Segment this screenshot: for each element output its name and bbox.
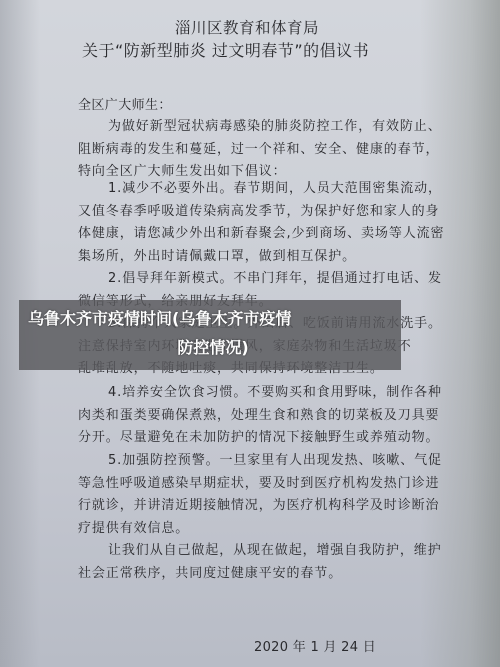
closing-paragraph: 让我们从自己做起，从现在做起，增强自我防护，维护 社会正常秩序，共同度过健康平安… xyxy=(78,540,438,585)
item-line: 疗提供有效信息。 xyxy=(78,518,438,541)
item-line: 2.倡导拜年新模式。不串门拜年，提倡通过打电话、发 xyxy=(78,268,438,291)
item-1-reduce-outings: 1.减少不必要外出。春节期间，人员大范围密集流动， 又值冬春季呼吸道传染病高发季… xyxy=(78,178,438,268)
document-date: 2020 年 1 月 24 日 xyxy=(254,636,376,655)
item-line: 集场所，外出时请佩戴口罩，做到相互保护。 xyxy=(78,246,438,269)
item-5-early-warning: 5.加强防控预警。一旦家里有人出现发热、咳嗽、气促 等急性呼吸道感染早期症状，要… xyxy=(78,450,438,540)
item-line: 5.加强防控预警。一旦家里有人出现发热、咳嗽、气促 xyxy=(78,450,438,473)
intro-paragraph: 为做好新型冠状病毒感染的肺炎防控工作，有效防止、 阻断病毒的发生和蔓延，过一个祥… xyxy=(78,116,438,184)
item-line: 又值冬春季呼吸道传染病高发季节，为保护好您和家人的身 xyxy=(78,201,438,224)
closing-line: 社会正常秩序，共同度过健康平安的春节。 xyxy=(78,563,438,586)
caption-overlay: 乌鲁木齐市疫情时间(乌鲁木齐市疫情 防控情况) xyxy=(28,304,398,362)
intro-line: 为做好新型冠状病毒感染的肺炎防控工作，有效防止、 xyxy=(78,116,438,139)
item-line: 体健康，请您减少外出和新春聚会,少到商场、卖场等人流密 xyxy=(78,223,438,246)
item-line: 1.减少不必要外出。春节期间，人员大范围密集流动， xyxy=(78,178,438,201)
salutation: 全区广大师生： xyxy=(78,94,172,113)
item-4-food-safety: 4.培养安全饮食习惯。不要购买和食用野味，制作各种 肉类和蛋类要确保煮熟，处理生… xyxy=(78,382,438,450)
intro-line: 阻断病毒的发生和蔓延，过一个祥和、安全、健康的春节， xyxy=(78,139,438,162)
issuing-organization: 淄川区教育和体育局 xyxy=(175,16,319,38)
item-line: 等急性呼吸道感染早期症状，要及时到医疗机构发热门诊进 xyxy=(78,473,438,496)
item-line: 行就诊，并讲清近期接触情况，为医疗机构科学及时诊断治 xyxy=(78,495,438,518)
caption-line-1: 乌鲁木齐市疫情时间(乌鲁木齐市疫情 xyxy=(28,304,398,333)
item-line: 4.培养安全饮食习惯。不要购买和食用野味，制作各种 xyxy=(78,382,438,405)
item-line: 分开。尽量避免在未加防护的情况下接触野生或养殖动物。 xyxy=(78,427,438,450)
item-line: 肉类和蛋类要确保煮熟，处理生食和熟食的切菜板及刀具要 xyxy=(78,405,438,428)
document-title: 关于“防新型肺炎 过文明春节”的倡议书 xyxy=(82,38,369,61)
closing-line: 让我们从自己做起，从现在做起，增强自我防护，维护 xyxy=(78,540,438,563)
caption-line-2: 防控情况) xyxy=(28,333,398,362)
